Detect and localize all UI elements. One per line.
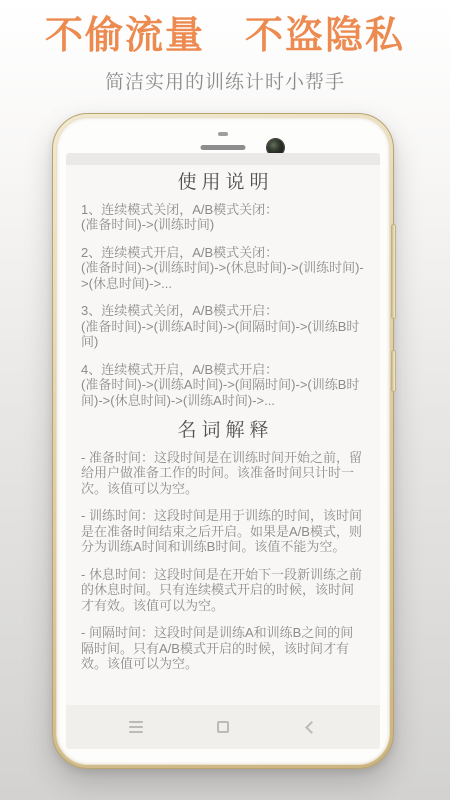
glossary-item: - 休息时间：这段时间是在开始下一段新训练之前的休息时间。只有连续模式开启的时候… xyxy=(81,567,365,614)
usage-item: 1、连续模式关闭，A/B模式关闭： (准备时间)->(训练时间) xyxy=(81,202,365,233)
usage-item-heading: 3、连续模式关闭，A/B模式开启： xyxy=(81,303,365,319)
promo-subtitle: 简洁实用的训练计时小帮手 xyxy=(0,67,450,94)
glossary-item: - 间隔时间：这段时间是训练A和训练B之间的间隔时间。只有A/B模式开启的时候，… xyxy=(81,625,365,672)
proximity-sensor xyxy=(218,132,228,136)
home-icon xyxy=(217,721,229,733)
phone-mockup: 使用说明 1、连续模式关闭，A/B模式关闭： (准备时间)->(训练时间) 2、… xyxy=(52,113,394,769)
usage-item-sequence: (准备时间)->(训练时间) xyxy=(81,217,365,233)
page: 不偷流量 不盗隐私 简洁实用的训练计时小帮手 使用说明 1、连续模式关闭，A/B… xyxy=(0,0,450,800)
android-nav-bar xyxy=(66,705,380,749)
usage-item-sequence: (准备时间)->(训练时间)->(休息时间)->(训练时间)->(休息时间)->… xyxy=(81,260,365,291)
phone-bezel: 使用说明 1、连续模式关闭，A/B模式关闭： (准备时间)->(训练时间) 2、… xyxy=(56,117,390,765)
usage-item-heading: 1、连续模式关闭，A/B模式关闭： xyxy=(81,202,365,218)
glossary-section-title: 名词解释 xyxy=(81,423,365,439)
glossary-item: - 训练时间：这段时间是用于训练的时间，该时间是在准备时间结束之后开启。如果是A… xyxy=(81,508,365,555)
menu-button[interactable] xyxy=(116,707,156,747)
promo-header: 不偷流量 不盗隐私 简洁实用的训练计时小帮手 xyxy=(0,0,450,94)
promo-title: 不偷流量 不盗隐私 xyxy=(0,16,450,58)
usage-item: 3、连续模式关闭，A/B模式开启： (准备时间)->(训练A时间)->(间隔时间… xyxy=(81,303,365,350)
power-button xyxy=(391,350,396,392)
status-bar xyxy=(66,153,380,165)
usage-item: 2、连续模式开启，A/B模式关闭： (准备时间)->(训练时间)->(休息时间)… xyxy=(81,245,365,292)
back-icon xyxy=(305,721,318,734)
help-content: 使用说明 1、连续模式关闭，A/B模式关闭： (准备时间)->(训练时间) 2、… xyxy=(66,165,380,705)
phone-screen: 使用说明 1、连续模式关闭，A/B模式关闭： (准备时间)->(训练时间) 2、… xyxy=(66,153,380,749)
usage-section-title: 使用说明 xyxy=(81,175,365,191)
menu-icon xyxy=(129,718,143,736)
back-button[interactable] xyxy=(290,707,330,747)
glossary-item: - 准备时间：这段时间是在训练时间开始之前，留给用户做准备工作的时间。该准备时间… xyxy=(81,450,365,497)
home-button[interactable] xyxy=(203,707,243,747)
earpiece-speaker xyxy=(201,145,246,150)
usage-item: 4、连续模式开启，A/B模式开启： (准备时间)->(训练A时间)->(间隔时间… xyxy=(81,362,365,409)
usage-item-sequence: (准备时间)->(训练A时间)->(间隔时间)->(训练B时间) xyxy=(81,319,365,350)
volume-button xyxy=(391,224,396,319)
usage-item-sequence: (准备时间)->(训练A时间)->(间隔时间)->(训练B时间)->(休息时间)… xyxy=(81,377,365,408)
usage-item-heading: 4、连续模式开启，A/B模式开启： xyxy=(81,362,365,378)
usage-item-heading: 2、连续模式开启，A/B模式关闭： xyxy=(81,245,365,261)
